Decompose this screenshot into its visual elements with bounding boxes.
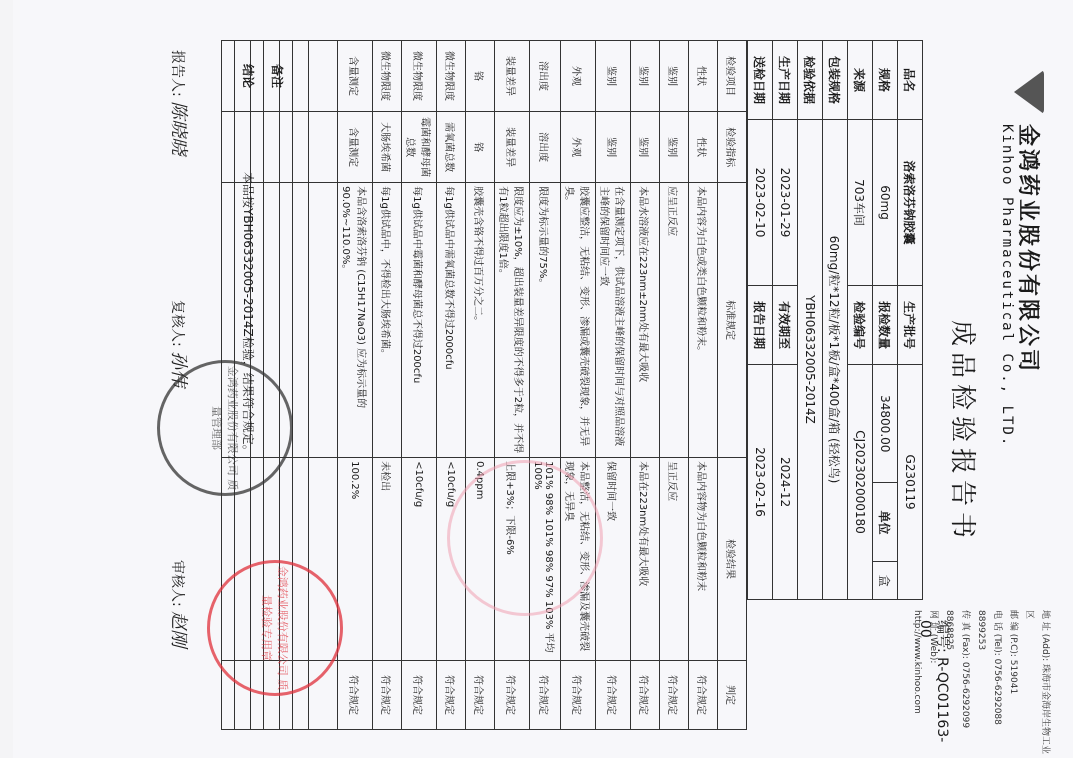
cell-item: 装量差异 [495,41,530,112]
cell-standard: 每1g供试品中，不得检出大肠埃希菌。 [373,183,402,458]
company-name-en: Kinhoo Pharmaceutical Co., LTD. [999,124,1015,447]
cell-index: 需氧菌总数 [437,112,466,183]
cell-item: 微生物限度 [402,41,437,112]
cell-item [309,41,338,112]
auditor-signature: 审核人: 赵刚 [167,560,193,647]
cell-standard: 本品含洛索洛芬钠 (C15H17NaO3) 应为标示量的90.0%~110.0%… [338,183,373,458]
test-basis: YBH06332005-2014Z [798,120,823,600]
cell-standard: 在含量测定项下，供试品溶液主峰的保留时间与对照品溶液主峰的保留时间应一致 [596,183,631,458]
quantity: 34800.00 [873,365,898,483]
qa-department-stamp: 金鸿药业股份有限公司 质量管理部 [157,360,293,496]
cell-standard: 每1g供试品中需氧菌总数不得过2000cfu [437,183,466,458]
table-row: 微生物限度需氧菌总数每1g供试品中需氧菌总数不得过2000cfu<10cfu/g… [437,41,466,730]
table-row: 鉴别鉴别本品水溶液应在223nm±2nm处有最大吸收本品在223nm处有最大吸收… [631,41,660,730]
unit: 盒 [873,562,898,600]
cell-index: 溶出度 [530,112,561,183]
cell-item: 外观 [561,41,596,112]
cell-standard: 本品内容为白色或类白色颗粒和粉末。 [689,183,718,458]
cell-index: 装量差异 [495,112,530,183]
cell-index: 外观 [561,112,596,183]
cell-index [309,112,338,183]
submit-date: 2023-02-10 [748,120,773,286]
package-spec: 60mg/粒*12粒/板*1板/盒*400盒/箱 (轻松鸟) [823,120,848,600]
company-header: 金鸿药业股份有限公司 [1014,70,1045,374]
cell-verdict: 符合规定 [495,660,530,729]
contact-address: 地 址 (Add): 珠海市金海岸生物工业区 [1021,610,1053,758]
table-row: 微生物限度大肠埃希菌每1g供试品中，不得检出大肠埃希菌。未检出符合规定 [373,41,402,730]
contact-tel: 电 话 (Tel): 0756-6292088 8899253 [973,610,1005,758]
inspection-report-page: 金鸿药业股份有限公司 Kinhoo Pharmaceutical Co., LT… [13,0,1073,758]
cell-verdict: 符合规定 [561,660,596,729]
cell-verdict: 符合规定 [660,660,689,729]
table-row: 性状性状本品内容为白色或类白色颗粒和粉末。本品内容物为白色颗粒和粉末符合规定 [689,41,718,730]
contact-web: 网 址 (Web): http://www.kinhoo.com [909,610,941,758]
expiry-date: 2024-12 [773,365,798,600]
table-row: 外观外观胶囊应整洁，无粘结、变形、渗漏或囊壳破裂现象，并无异臭。本品整洁，无粘结… [561,41,596,730]
cell-result: 呈正反应 [660,458,689,661]
cell-result: 保留时间一致 [596,458,631,661]
cell-item: 微生物限度 [437,41,466,112]
cell-verdict: 符合规定 [402,660,437,729]
table-row: 微生物限度霉菌和酵母菌总数每1g供试品中霉菌和酵母菌总不得过200cfu<10c… [402,41,437,730]
cell-result: 本品在223nm处有最大吸收 [631,458,660,661]
cell-item: 鉴别 [660,41,689,112]
page-title: 成品检验报告书 [946,320,983,544]
company-seal-stamp: 金鸿药业股份有限公司 质量检验专用章 [207,560,343,696]
cell-verdict: 符合规定 [338,660,373,729]
production-date: 2023-01-29 [773,120,798,286]
cell-index: 鉴别 [660,112,689,183]
cell-item: 溶出度 [530,41,561,112]
cell-result: 本品内容物为白色颗粒和粉末 [689,458,718,661]
contact-postcode: 邮 编 (P.C): 519041 [1005,610,1021,758]
product-name: 洛索洛芬钠胶囊 [898,120,923,286]
cell-standard: 限度为标示量的75%。 [530,183,561,458]
cell-index: 大肠埃希菌 [373,112,402,183]
cell-verdict: 符合规定 [466,660,495,729]
faint-seal-stamp [447,460,603,616]
cell-result: 未检出 [373,458,402,661]
cell-index: 性状 [689,112,718,183]
table-row: 溶出度溶出度限度为标示量的75%。101% 98% 101% 98% 97% 1… [530,41,561,730]
cell-standard [309,183,338,458]
cell-verdict: 符合规定 [373,660,402,729]
cell-index: 铬 [466,112,495,183]
cell-item: 鉴别 [631,41,660,112]
triangle-logo-icon [1015,70,1045,114]
cell-standard: 限度应为±10%，超出装量差异限度的不得多于2粒，并不得有1粒超出限度1倍。 [495,183,530,458]
cell-standard: 胶囊应整洁，无粘结、变形、渗漏或囊壳破裂现象，并无异臭。 [561,183,596,458]
cell-standard: 应呈正反应 [660,183,689,458]
batch-number: G230119 [898,365,923,600]
cell-index: 霉菌和酵母菌总数 [402,112,437,183]
cell-result: <10cfu/g [402,458,437,661]
cell-item: 性状 [689,41,718,112]
test-number: CJ202302000180 [848,365,873,600]
cell-verdict: 符合规定 [530,660,561,729]
table-row: 装量差异装量差异限度应为±10%，超出装量差异限度的不得多于2粒，并不得有1粒超… [495,41,530,730]
cell-verdict: 符合规定 [631,660,660,729]
cell-standard: 胶囊壳含铬不得过百万分之二。 [466,183,495,458]
report-date: 2023-02-16 [748,365,773,600]
contact-fax: 传 真 (Fax): 0756-6292099 8868825 [941,610,973,758]
cell-verdict: 符合规定 [596,660,631,729]
cell-index: 鉴别 [631,112,660,183]
table-row: 鉴别鉴别应呈正反应呈正反应符合规定 [660,41,689,730]
spec: 60mg [873,120,898,286]
cell-index: 鉴别 [596,112,631,183]
table-row: 鉴别鉴别在含量测定项下，供试品溶液主峰的保留时间与对照品溶液主峰的保留时间应一致… [596,41,631,730]
cell-index: 含量测定 [338,112,373,183]
cell-verdict: 符合规定 [689,660,718,729]
cell-item: 铬 [466,41,495,112]
cell-standard: 每1g供试品中霉菌和酵母菌总不得过200cfu [402,183,437,458]
contact-block: 地 址 (Add): 珠海市金海岸生物工业区 邮 编 (P.C): 519041… [909,610,1053,758]
cell-item: 微生物限度 [373,41,402,112]
source: 703车间 [848,120,873,286]
reporter-signature: 报告人: 陈晓晓 [167,50,193,155]
cell-item: 鉴别 [596,41,631,112]
table-row: 铬铬胶囊壳含铬不得过百万分之二。0.4ppm符合规定 [466,41,495,730]
cell-verdict: 符合规定 [437,660,466,729]
company-name-cn: 金鸿药业股份有限公司 [1014,124,1045,374]
product-info-table: 品名 洛索洛芬钠胶囊 生产批号 G230119 规格 60mg 报检数量 348… [747,40,923,600]
cell-standard: 本品水溶液应在223nm±2nm处有最大吸收 [631,183,660,458]
cell-item: 含量测定 [338,41,373,112]
